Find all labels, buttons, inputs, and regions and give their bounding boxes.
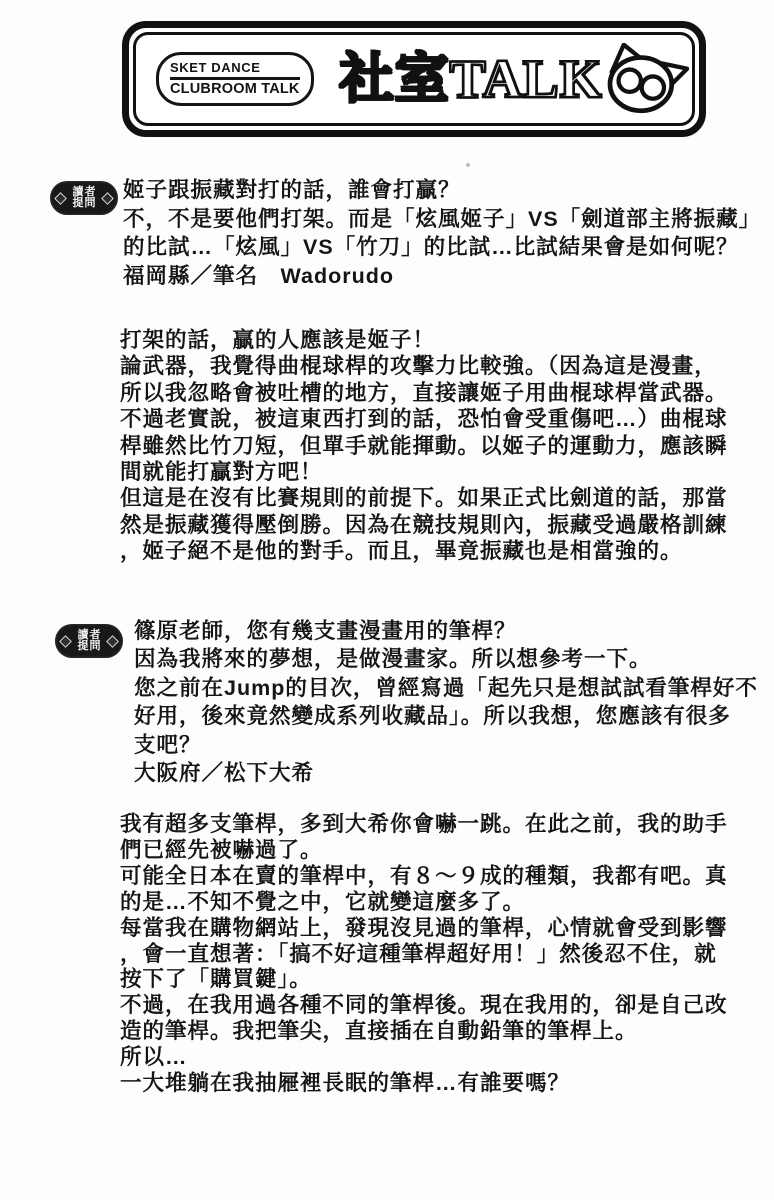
text-line: 的比試…「炫風」VS「竹刀」的比試…比試結果會是如何呢？ bbox=[123, 233, 761, 262]
text-line: 論武器，我覺得曲棍球桿的攻擊力比較強。（因為這是漫畫， bbox=[120, 353, 728, 379]
text-line: 支吧？ bbox=[134, 731, 758, 759]
text-line: 因為我將來的夢想，是做漫畫家。所以想參考一下。 bbox=[134, 645, 758, 673]
badge-line2: 提問 bbox=[72, 198, 97, 210]
text-line: 篠原老師，您有幾支畫漫畫用的筆桿？ bbox=[134, 617, 758, 645]
reader-question-badge: 讀者 提問 bbox=[55, 624, 123, 658]
question-1-text: 姬子跟振藏對打的話，誰會打贏？不，不是要他們打架。而是「炫風姬子」VS「劍道部主… bbox=[123, 176, 761, 290]
diamond-ornament-icon bbox=[106, 635, 119, 648]
text-line: 桿雖然比竹刀短，但單手就能揮動。以姬子的運動力，應該瞬 bbox=[120, 433, 728, 459]
manga-clubroom-talk-page: SKET DANCE CLUBROOM TALK 社室TALK 讀者 提問 姬子… bbox=[0, 0, 774, 1200]
text-line: ，會一直想著：「搞不好這種筆桿超好用！」然後忍不住，就 bbox=[120, 942, 728, 968]
text-line: 的是…不知不覺之中，它就變這麼多了。 bbox=[120, 890, 728, 916]
diamond-ornament-icon bbox=[59, 635, 72, 648]
text-line: 大阪府／松下大希 bbox=[134, 759, 758, 787]
reader-question-badge-label: 讀者 提問 bbox=[77, 630, 102, 653]
reader-question-badge: 讀者 提問 bbox=[50, 181, 118, 215]
text-line: 可能全日本在賣的筆桿中，有８～９成的種類，我都有吧。真 bbox=[120, 864, 728, 890]
text-line: 所以… bbox=[120, 1045, 728, 1071]
question-2-text: 篠原老師，您有幾支畫漫畫用的筆桿？因為我將來的夢想，是做漫畫家。所以想參考一下。… bbox=[134, 617, 758, 787]
text-line: 造的筆桿。我把筆尖，直接插在自動鉛筆的筆桿上。 bbox=[120, 1019, 728, 1045]
print-dot-artifact bbox=[466, 163, 470, 167]
text-line: 我有超多支筆桿，多到大希你會嚇一跳。在此之前，我的助手 bbox=[120, 812, 728, 838]
brand-line1: SKET DANCE bbox=[170, 61, 300, 80]
header-banner: SKET DANCE CLUBROOM TALK 社室TALK bbox=[122, 21, 706, 137]
text-line: 好用，後來竟然變成系列收藏品」。所以我想，您應該有很多 bbox=[134, 702, 758, 730]
diamond-ornament-icon bbox=[54, 192, 67, 205]
text-line: 然是振藏獲得壓倒勝。因為在競技規則內，振藏受過嚴格訓練 bbox=[120, 512, 728, 538]
answer-2-text: 我有超多支筆桿，多到大希你會嚇一跳。在此之前，我的助手們已經先被嚇過了。可能全日… bbox=[120, 812, 728, 1097]
text-line: 但這是在沒有比賽規則的前提下。如果正式比劍道的話，那當 bbox=[120, 485, 728, 511]
brand-pill: SKET DANCE CLUBROOM TALK bbox=[156, 52, 314, 106]
page-title: 社室TALK bbox=[340, 52, 603, 106]
diamond-ornament-icon bbox=[101, 192, 114, 205]
text-line: 姬子跟振藏對打的話，誰會打贏？ bbox=[123, 176, 761, 205]
text-line: 按下了「購買鍵」。 bbox=[120, 967, 728, 993]
text-line: 每當我在購物網站上，發現沒見過的筆桿，心情就會受到影響 bbox=[120, 916, 728, 942]
text-line: 不過，在我用過各種不同的筆桿後。現在我用的，卻是自己改 bbox=[120, 993, 728, 1019]
text-line: 福岡縣／筆名 Wadorudo bbox=[123, 262, 761, 291]
text-line: 不過老實說，被這東西打到的話，恐怕會受重傷吧…）曲棍球 bbox=[120, 406, 728, 432]
text-line: 間就能打贏對方吧！ bbox=[120, 459, 728, 485]
goggles-mascot-icon bbox=[603, 43, 689, 115]
text-line: 不，不是要他們打架。而是「炫風姬子」VS「劍道部主將振藏」 bbox=[123, 205, 761, 234]
reader-question-badge-label: 讀者 提問 bbox=[72, 187, 97, 210]
text-line: 們已經先被嚇過了。 bbox=[120, 838, 728, 864]
header-banner-inner: SKET DANCE CLUBROOM TALK 社室TALK bbox=[133, 32, 695, 126]
brand-line2: CLUBROOM TALK bbox=[170, 80, 300, 98]
badge-line2: 提問 bbox=[77, 641, 102, 653]
text-line: ，姬子絕不是他的對手。而且，畢竟振藏也是相當強的。 bbox=[120, 538, 728, 564]
answer-1-text: 打架的話，贏的人應該是姬子！論武器，我覺得曲棍球桿的攻擊力比較強。（因為這是漫畫… bbox=[120, 327, 728, 565]
text-line: 打架的話，贏的人應該是姬子！ bbox=[120, 327, 728, 353]
text-line: 一大堆躺在我抽屜裡長眠的筆桿…有誰要嗎？ bbox=[120, 1071, 728, 1097]
text-line: 您之前在Jump的目次，曾經寫過「起先只是想試試看筆桿好不 bbox=[134, 674, 758, 702]
text-line: 所以我忽略會被吐槽的地方，直接讓姬子用曲棍球桿當武器。 bbox=[120, 380, 728, 406]
